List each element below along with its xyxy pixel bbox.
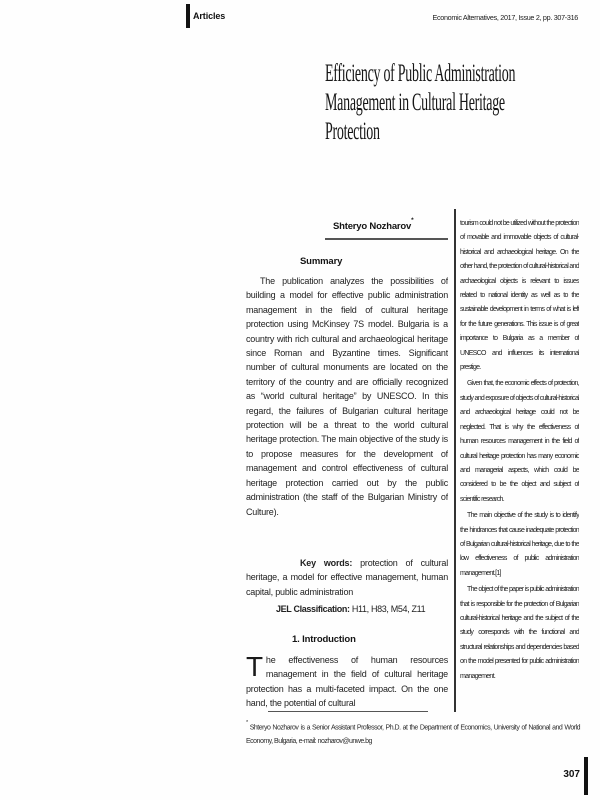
jel-paragraph: JEL Classification: H11, H83, M54, Z11 — [246, 604, 456, 614]
jel-label: JEL Classification: — [276, 604, 350, 614]
footnote-text: Shteryo Nozharov is a Senior Assistant P… — [246, 724, 580, 745]
section-label: Articles — [193, 11, 225, 21]
footnote-marker: * — [246, 720, 248, 726]
column-divider-rule — [454, 209, 456, 712]
paper-page: Articles Economic Alternatives, 2017, Is… — [0, 0, 600, 800]
author-line: Shteryo Nozharov* — [333, 220, 413, 232]
introduction-text: he effectiveness of human resources mana… — [246, 655, 448, 708]
jel-text: H11, H83, M54, Z11 — [350, 604, 426, 614]
title-line-2: Management in Cultural Heritage — [325, 88, 515, 117]
author-name: Shteryo Nozharov — [333, 221, 411, 232]
body-paragraph-3: The main objective of the study is to id… — [460, 509, 579, 581]
title-line-3: Protection — [325, 117, 515, 146]
paper-title: Efficiency of Public Administration Mana… — [325, 59, 515, 146]
summary-paragraph: The publication analyzes the possibiliti… — [246, 274, 448, 552]
summary-heading: Summary — [300, 256, 342, 267]
drop-cap: T — [246, 654, 263, 679]
body-paragraph-1: tourism could not be utilized without th… — [460, 217, 579, 375]
footnote-rule — [268, 711, 428, 712]
title-line-1: Efficiency of Public Administration — [325, 59, 515, 88]
body-paragraph-2: Given that, the economic effects of prot… — [460, 377, 579, 507]
introduction-heading: 1. Introduction — [292, 634, 356, 645]
page-number-bar — [584, 757, 588, 795]
author-footnote-marker: * — [411, 217, 413, 224]
introduction-paragraph: The effectiveness of human resources man… — [246, 653, 448, 715]
journal-reference: Economic Alternatives, 2017, Issue 2, pp… — [360, 13, 578, 22]
body-paragraph-4: The object of the paper is public admini… — [460, 583, 579, 684]
header-section-bar — [186, 4, 190, 28]
author-separator-rule — [325, 238, 448, 240]
footnote: * Shteryo Nozharov is a Senior Assistant… — [246, 719, 580, 748]
right-column: tourism could not be utilized without th… — [460, 217, 579, 715]
keywords-paragraph: Key words: protection of cultural herita… — [246, 556, 448, 602]
keywords-label: Key words: — [300, 558, 352, 568]
page-number: 307 — [558, 769, 580, 780]
